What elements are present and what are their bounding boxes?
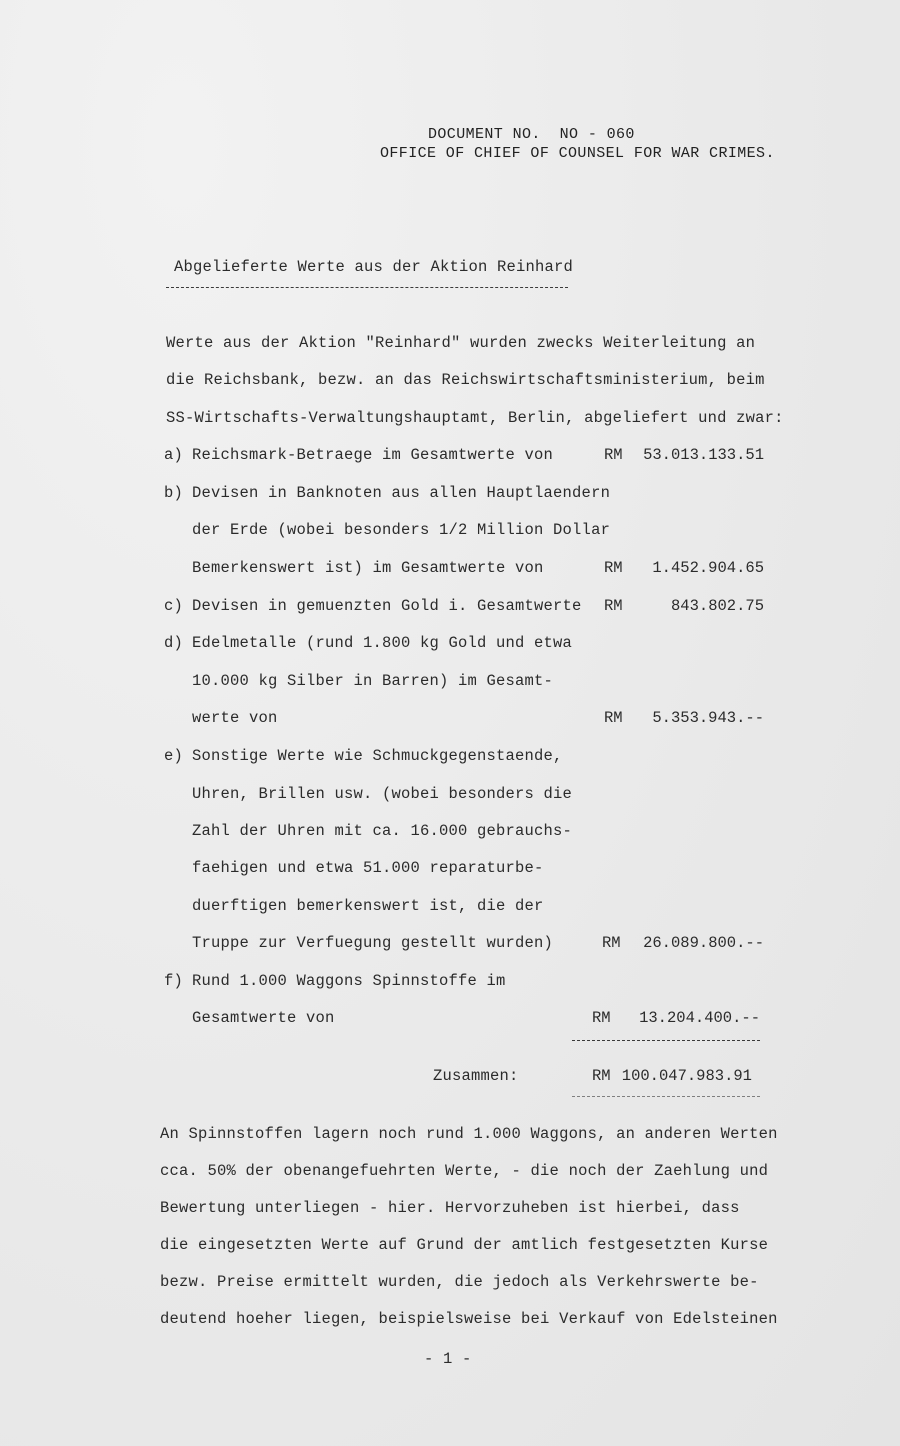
page-number: - 1 - (424, 1350, 472, 1368)
intro-line: SS-Wirtschafts-Verwaltungshauptamt, Berl… (166, 409, 784, 427)
item-line: Uhren, Brillen usw. (wobei besonders die (192, 785, 572, 803)
total-rule (572, 1096, 760, 1097)
item-line: Reichsmark-Betraege im Gesamtwerte von (192, 446, 553, 464)
item-marker: d) (164, 634, 183, 652)
item-line: der Erde (wobei besonders 1/2 Million Do… (192, 521, 610, 539)
document-number: DOCUMENT NO. NO - 060 (428, 126, 635, 143)
item-line: Zahl der Uhren mit ca. 16.000 gebrauchs- (192, 822, 572, 840)
closing-line: bezw. Preise ermittelt wurden, die jedoc… (160, 1273, 759, 1291)
item-amount: 26.089.800.-- (594, 934, 764, 952)
office-heading: OFFICE OF CHIEF OF COUNSEL FOR WAR CRIME… (380, 145, 775, 162)
item-line: Devisen in Banknoten aus allen Hauptlaen… (192, 484, 610, 502)
item-line: Sonstige Werte wie Schmuckgegenstaende, (192, 747, 563, 765)
item-line: Edelmetalle (rund 1.800 kg Gold und etwa (192, 634, 572, 652)
closing-line: die eingesetzten Werte auf Grund der amt… (160, 1236, 768, 1254)
title-underline (166, 287, 568, 288)
closing-line: An Spinnstoffen lagern noch rund 1.000 W… (160, 1125, 778, 1143)
closing-line: deutend hoeher liegen, beispielsweise be… (160, 1310, 778, 1328)
total-amount: 100.047.983.91 (582, 1067, 752, 1085)
item-line: Bemerkenswert ist) im Gesamtwerte von (192, 559, 544, 577)
document-page: DOCUMENT NO. NO - 060 OFFICE OF CHIEF OF… (0, 0, 900, 1446)
item-line: werte von (192, 709, 278, 727)
item-line: Devisen in gemuenzten Gold i. Gesamtwert… (192, 597, 582, 615)
item-amount: 1.452.904.65 (594, 559, 764, 577)
intro-line: Werte aus der Aktion "Reinhard" wurden z… (166, 334, 755, 352)
item-amount: 13.204.400.-- (590, 1009, 760, 1027)
total-label: Zusammen: (433, 1067, 519, 1085)
item-line: 10.000 kg Silber in Barren) im Gesamt- (192, 672, 553, 690)
intro-line: die Reichsbank, bezw. an das Reichswirts… (166, 371, 765, 389)
item-marker: b) (164, 484, 183, 502)
item-amount: 5.353.943.-- (594, 709, 764, 727)
item-line: faehigen und etwa 51.000 reparaturbe- (192, 859, 544, 877)
item-marker: e) (164, 747, 183, 765)
item-line: Gesamtwerte von (192, 1009, 335, 1027)
item-marker: a) (164, 446, 183, 464)
item-marker: f) (164, 972, 183, 990)
item-marker: c) (164, 597, 183, 615)
closing-line: Bewertung unterliegen - hier. Hervorzuhe… (160, 1199, 740, 1217)
item-line: duerftigen bemerkenswert ist, die der (192, 897, 544, 915)
sum-rule (572, 1040, 760, 1041)
item-amount: 53.013.133.51 (594, 446, 764, 464)
item-amount: 843.802.75 (594, 597, 764, 615)
document-title: Abgelieferte Werte aus der Aktion Reinha… (174, 258, 573, 276)
item-line: Truppe zur Verfuegung gestellt wurden) (192, 934, 553, 952)
item-line: Rund 1.000 Waggons Spinnstoffe im (192, 972, 506, 990)
closing-line: cca. 50% der obenangefuehrten Werte, - d… (160, 1162, 768, 1180)
